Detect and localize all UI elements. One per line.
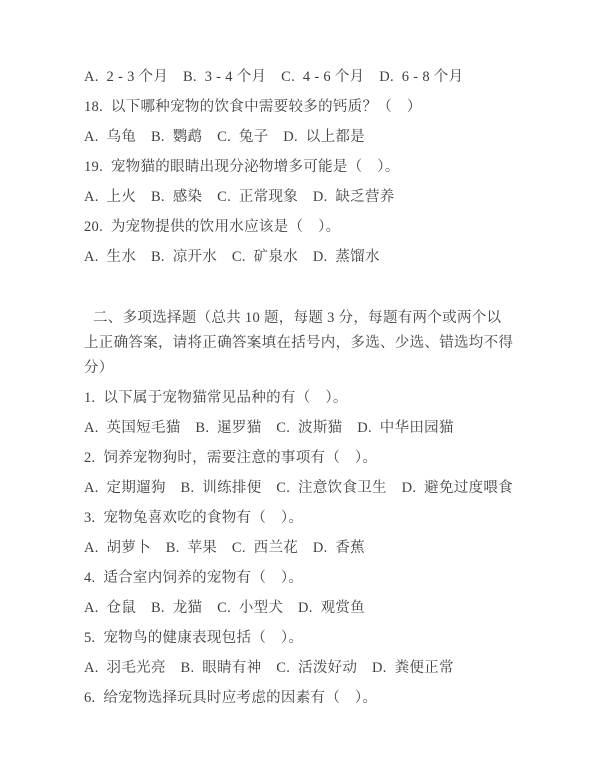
document-page: A. 2 - 3 个月 B. 3 - 4 个月 C. 4 - 6 个月 D. 6… <box>0 0 600 776</box>
multiple-choice-section-header: 二、多项选择题（总共 10 题，每题 3 分，每题有两个或两个以上正确答案，请将… <box>84 306 516 381</box>
q20-options-line: A. 生水 B. 凉开水 C. 矿泉水 D. 蒸馏水 <box>84 245 516 270</box>
mc-q4-question-line: 4. 适合室内饲养的宠物有（ ）。 <box>84 566 516 591</box>
q18-options-line: A. 乌龟 B. 鹦鹉 C. 兔子 D. 以上都是 <box>84 125 516 150</box>
single-choice-section: A. 2 - 3 个月 B. 3 - 4 个月 C. 4 - 6 个月 D. 6… <box>84 65 516 270</box>
mc-q6-question-line: 6. 给宠物选择玩具时应考虑的因素有（ ）。 <box>84 686 516 711</box>
q17-options-line: A. 2 - 3 个月 B. 3 - 4 个月 C. 4 - 6 个月 D. 6… <box>84 65 516 90</box>
mc-q3-options-line: A. 胡萝卜 B. 苹果 C. 西兰花 D. 香蕉 <box>84 536 516 561</box>
q19-options-line: A. 上火 B. 感染 C. 正常现象 D. 缺乏营养 <box>84 185 516 210</box>
mc-q2-options-line: A. 定期遛狗 B. 训练排便 C. 注意饮食卫生 D. 避免过度喂食 <box>84 476 516 501</box>
mc-q5-question-line: 5. 宠物鸟的健康表现包括（ ）。 <box>84 626 516 651</box>
mc-q1-question-line: 1. 以下属于宠物猫常见品种的有（ ）。 <box>84 386 516 411</box>
mc-q4-options-line: A. 仓鼠 B. 龙猫 C. 小型犬 D. 观赏鱼 <box>84 596 516 621</box>
mc-q1-options-line: A. 英国短毛猫 B. 暹罗猫 C. 波斯猫 D. 中华田园猫 <box>84 416 516 441</box>
multiple-choice-section: 二、多项选择题（总共 10 题，每题 3 分，每题有两个或两个以上正确答案，请将… <box>84 306 516 711</box>
mc-q5-options-line: A. 羽毛光亮 B. 眼睛有神 C. 活泼好动 D. 粪便正常 <box>84 656 516 681</box>
mc-q3-question-line: 3. 宠物兔喜欢吃的食物有（ ）。 <box>84 506 516 531</box>
q19-question-line: 19. 宠物猫的眼睛出现分泌物增多可能是（ ）。 <box>84 155 516 180</box>
q20-question-line: 20. 为宠物提供的饮用水应该是（ ）。 <box>84 215 516 240</box>
q18-question-line: 18. 以下哪种宠物的饮食中需要较多的钙质？（ ） <box>84 95 516 120</box>
mc-q2-question-line: 2. 饲养宠物狗时，需要注意的事项有（ ）。 <box>84 446 516 471</box>
